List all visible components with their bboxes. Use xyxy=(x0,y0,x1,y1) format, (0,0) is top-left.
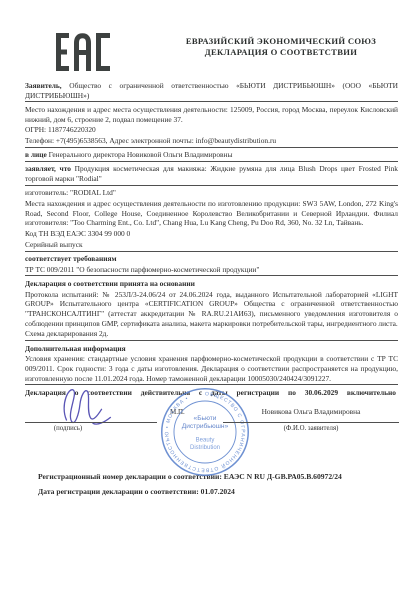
basis-text: Протокола испытаний: № 253Л/3-24.06/24 о… xyxy=(25,290,398,329)
signature-line xyxy=(25,422,157,423)
declaration-document: ЕВРАЗИЙСКИЙ ЭКОНОМИЧЕСКИЙ СОЮЗ ДЕКЛАРАЦИ… xyxy=(0,0,420,594)
contacts-line: Телефон: +7(495)6538563, Адрес электронн… xyxy=(25,136,398,148)
ogrn-line: ОГРН: 1187746220320 xyxy=(25,125,398,135)
fio-caption: (Ф.И.О. заявителя) xyxy=(225,424,397,434)
applicant-fio: Новикова Ольга Владимировна xyxy=(225,407,397,417)
stamp-line1: «Бьюти xyxy=(194,414,217,421)
manufacturer-line: изготовитель: "RODIAL Ltd" xyxy=(25,188,398,198)
in-person-label: в лице xyxy=(25,150,47,159)
fio-line xyxy=(223,422,399,423)
applicant-address: Место нахождения и адрес места осуществл… xyxy=(25,105,398,124)
document-body: Заявитель, Общество с ограниченной ответ… xyxy=(25,81,398,496)
stamp-line4: Distribution xyxy=(190,445,220,451)
stamp-line3: Beauty xyxy=(196,437,215,443)
applicant-paragraph: Заявитель, Общество с ограниченной ответ… xyxy=(25,81,398,102)
declares-label: заявляет, что xyxy=(25,164,71,173)
tnved-code-line: Код ТН ВЭД ЕАЭС 3304 99 000 0 xyxy=(25,229,398,239)
declaration-title: ДЕКЛАРАЦИЯ О СООТВЕТСТВИИ xyxy=(165,47,397,58)
stamp-line2: Дистрибьюшн» xyxy=(182,422,229,430)
applicant-text: Общество с ограниченной ответственностью… xyxy=(25,81,398,100)
serial-line: Серийный выпуск xyxy=(25,240,398,252)
signature-caption: (подпись) xyxy=(33,424,103,434)
in-person-text: Генерального директора Новиковой Ольги В… xyxy=(47,150,233,159)
in-person-paragraph: в лице Генерального директора Новиковой … xyxy=(25,150,398,162)
union-title: ЕВРАЗИЙСКИЙ ЭКОНОМИЧЕСКИЙ СОЮЗ xyxy=(165,36,397,47)
applicant-label: Заявитель, xyxy=(25,81,62,90)
declares-paragraph: заявляет, что Продукция косметическая дл… xyxy=(25,164,398,185)
manufacturer-address: Места нахождения и адрес осуществления д… xyxy=(25,199,398,228)
complies-text: ТР ТС 009/2011 "О безопасности парфюмерн… xyxy=(25,265,398,277)
registration-date-line: Дата регистрации декларации о соответств… xyxy=(38,487,398,496)
basis-header: Декларация о соответствии принята на осн… xyxy=(25,279,398,289)
document-title: ЕВРАЗИЙСКИЙ ЭКОНОМИЧЕСКИЙ СОЮЗ ДЕКЛАРАЦИ… xyxy=(165,36,397,58)
declares-text: Продукция косметическая для макияжа: Жид… xyxy=(25,164,398,183)
signature-block: М.П. ОБЩЕСТВО С ОГРАНИЧЕННОЙ ОТВЕТСТВЕНН… xyxy=(25,400,398,462)
complies-header: соответствует требованиям xyxy=(25,254,398,264)
scheme-line: Схема декларирования 2д. xyxy=(25,329,398,341)
additional-header: Дополнительная информация xyxy=(25,344,398,354)
